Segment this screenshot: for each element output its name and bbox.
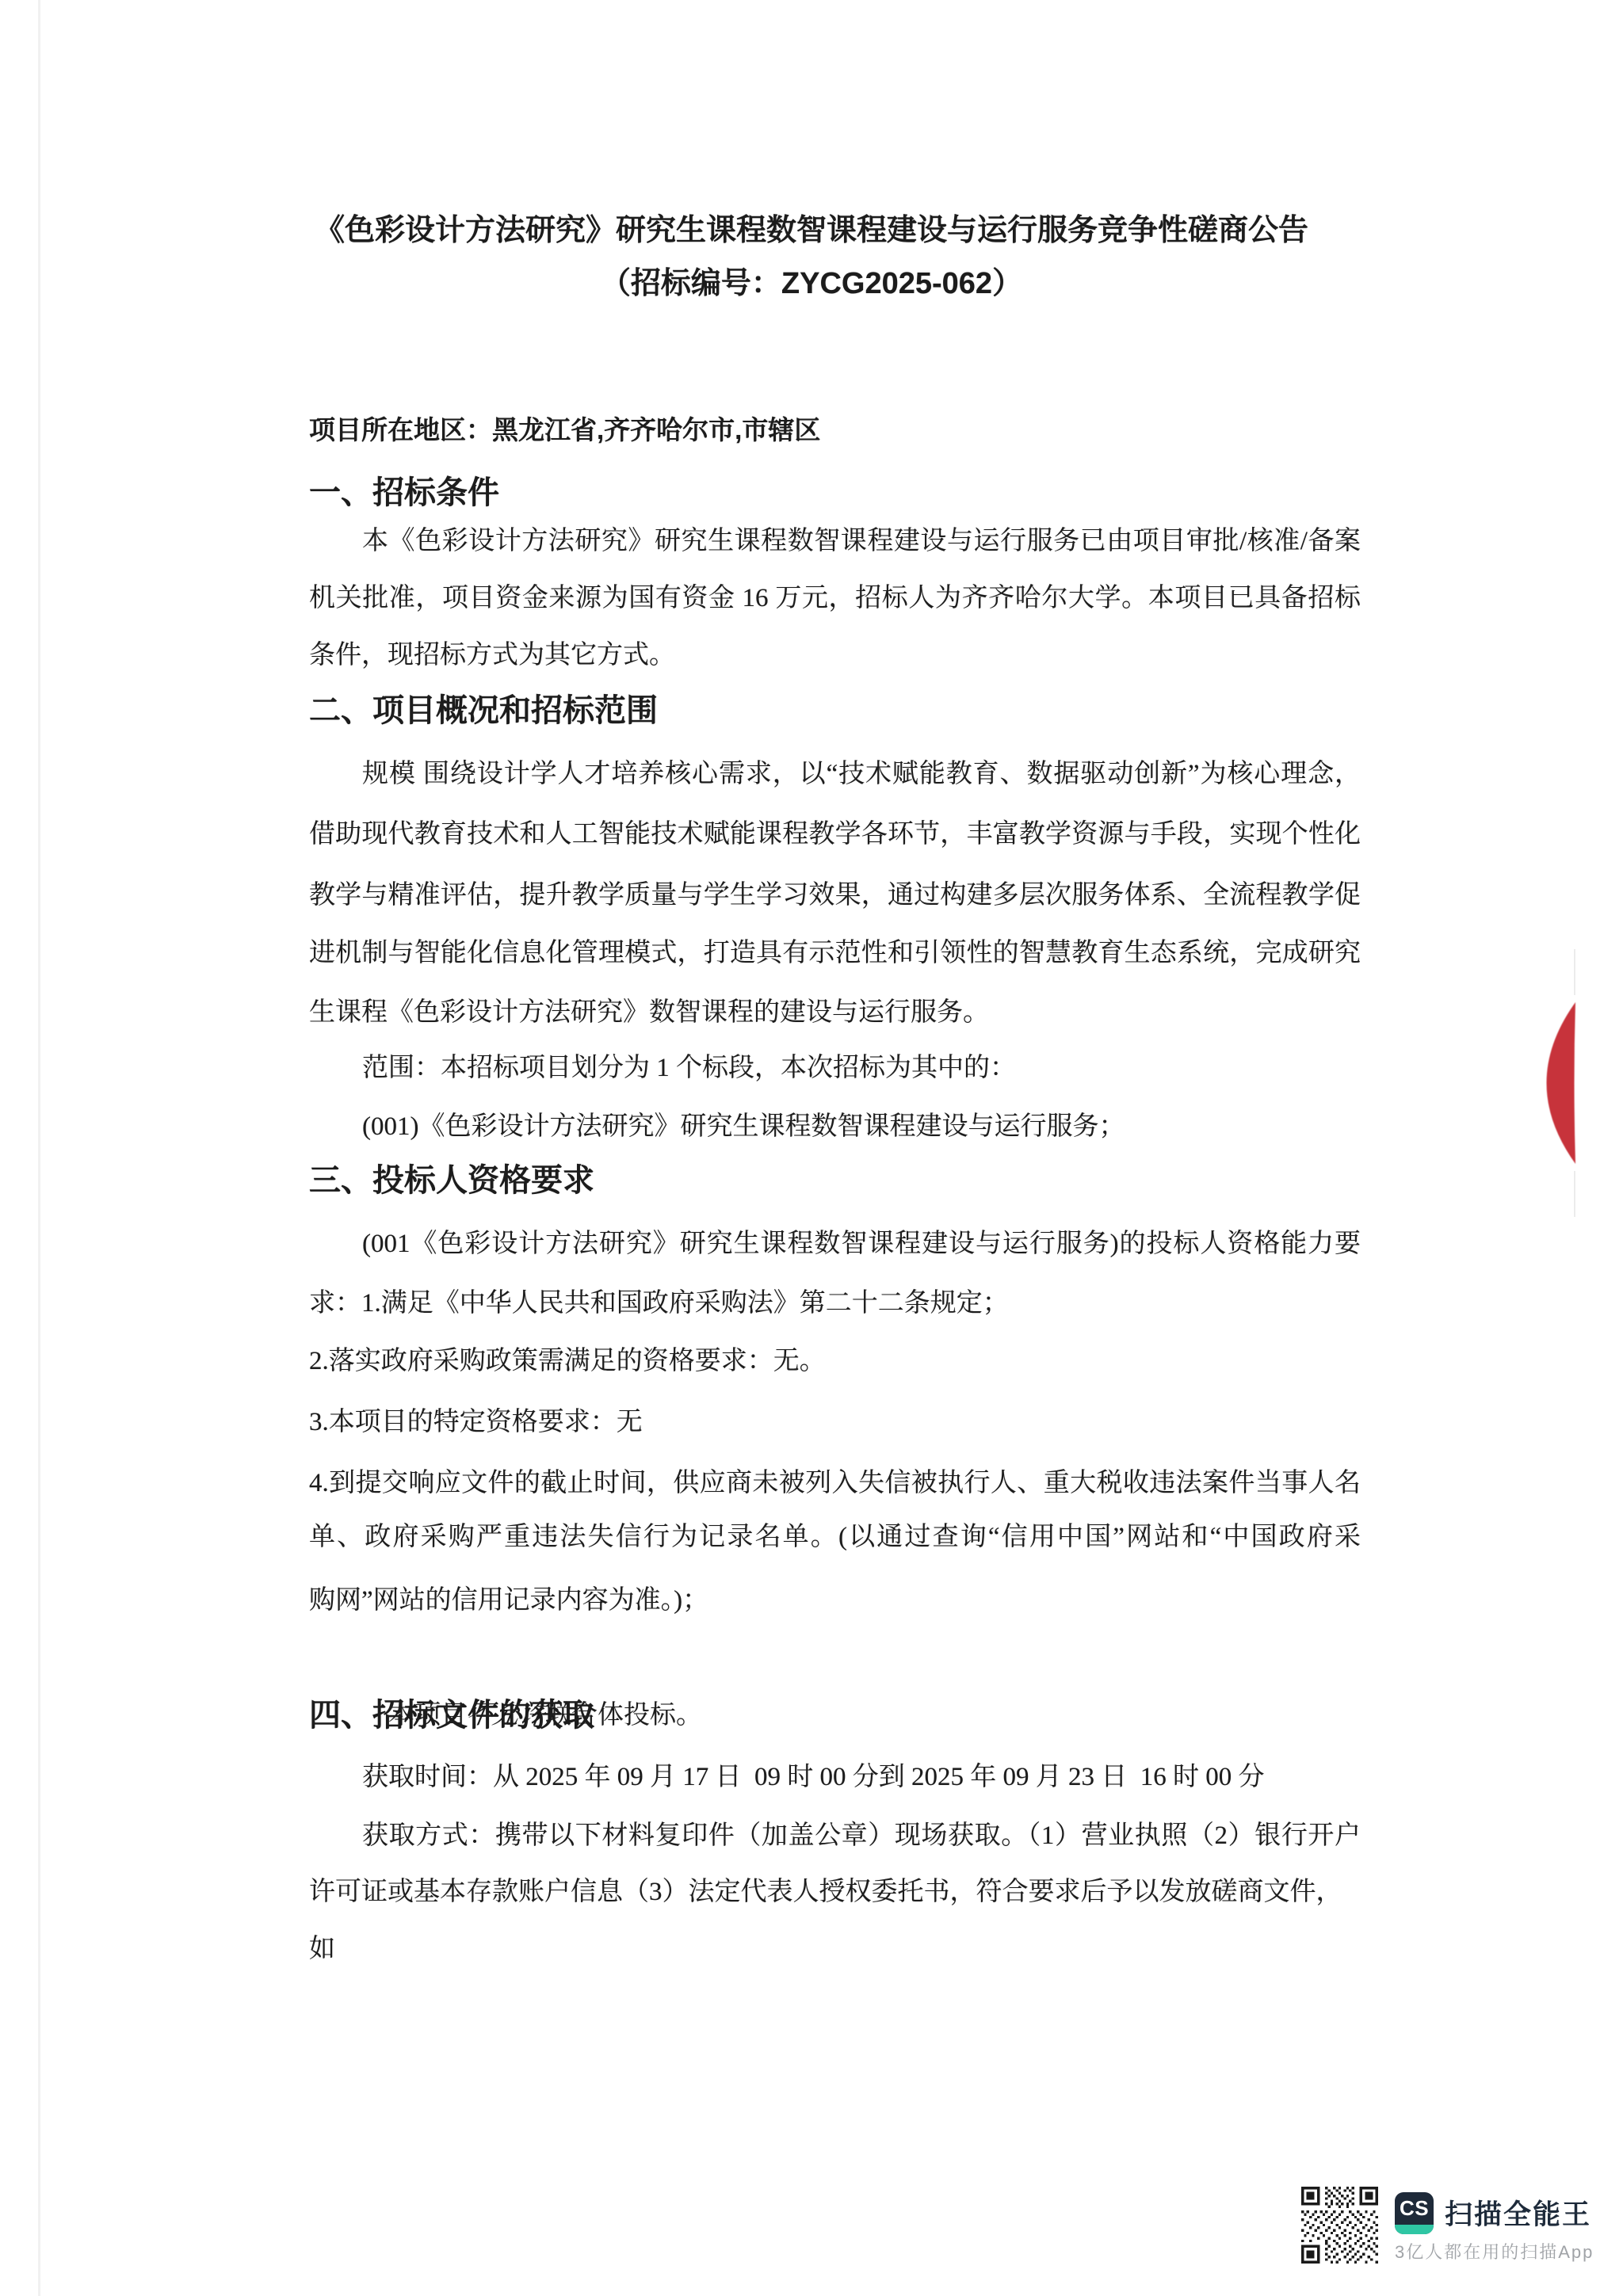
project-overview-line-3: 教学与精准评估，提升教学质量与学生学习效果，通过构建多层次服务体系、全流程教学促 <box>309 867 1361 924</box>
doc-title: 《色彩设计方法研究》研究生课程数智课程建设与运行服务竞争性磋商公告 <box>0 202 1623 259</box>
bid-conditions-line-1: 本《色彩设计方法研究》研究生课程数智课程建设与运行服务已由项目审批/核准/备案 <box>362 513 1361 570</box>
project-overview-line-4: 进机制与智能化信息化管理模式，打造具有示范性和引领性的智慧教育生态系统，完成研究 <box>309 925 1361 982</box>
bid-conditions-line-3: 条件，现招标方式为其它方式。 <box>309 627 1361 684</box>
scanned-document-page: 《色彩设计方法研究》研究生课程数智课程建设与运行服务竞争性磋商公告 （招标编号：… <box>0 0 1623 2296</box>
qualification-line-5: 4.到提交响应文件的截止时间，供应商未被列入失信被执行人、重大税收违法案件当事人… <box>309 1455 1361 1512</box>
seal-edge-artifact-bottom <box>1574 1171 1575 1217</box>
lot-001-line: (001)《色彩设计方法研究》研究生课程数智课程建设与运行服务； <box>362 1098 1361 1155</box>
project-overview-line-2: 借助现代教育技术和人工智能技术赋能课程教学各环节，丰富教学资源与手段，实现个性化 <box>309 806 1361 863</box>
acquisition-method-line-2: 许可证或基本存款账户信息（3）法定代表人授权委托书，符合要求后予以发放磋商文件，… <box>309 1863 1361 1920</box>
acquisition-method-line-1: 获取方式：携带以下材料复印件（加盖公章）现场获取。（1）营业执照（2）银行开户 <box>362 1807 1361 1864</box>
project-region-line: 项目所在地区：黑龙江省,齐齐哈尔市,市辖区 <box>309 402 1361 459</box>
heading-document-acquisition: 四、招标文件的获取 <box>309 1687 1361 1744</box>
qr-code <box>1301 2187 1378 2264</box>
heading-bidder-qualifications: 三、投标人资格要求 <box>309 1152 1361 1209</box>
camscanner-logo-teal-strip <box>1395 2225 1434 2234</box>
qualification-line-1: (001《色彩设计方法研究》研究生课程数智课程建设与运行服务)的投标人资格能力要 <box>362 1215 1361 1272</box>
seal-edge-artifact-top <box>1574 949 1575 995</box>
qualification-line-6: 单、政府采购严重违法失信行为记录名单。(以通过查询“信用中国”网站和“中国政府采 <box>309 1508 1361 1566</box>
acquisition-time-line: 获取时间：从 2025 年 09 月 17 日 09 时 00 分到 2025 … <box>362 1749 1361 1806</box>
scanner-app-name: 扫描全能王 <box>1445 2198 1591 2233</box>
qualification-line-7: 购网”网站的信用记录内容为准。)； <box>309 1572 1361 1629</box>
scope-line: 范围：本招标项目划分为 1 个标段，本次招标为其中的： <box>362 1039 1361 1097</box>
project-overview-line-1: 规模 围绕设计学人才培养核心需求，以“技术赋能教育、数据驱动创新”为核心理念， <box>362 746 1361 803</box>
qualification-line-3: 2.落实政府采购政策需满足的资格要求：无。 <box>309 1333 1361 1390</box>
camscanner-logo: CS <box>1395 2192 1434 2234</box>
qualification-line-2: 求：1.满足《中华人民共和国政府采购法》第二十二条规定； <box>309 1275 1361 1332</box>
project-overview-line-5: 生课程《色彩设计方法研究》数智课程的建设与运行服务。 <box>309 984 1361 1041</box>
bid-conditions-line-2: 机关批准，项目资金来源为国有资金 16 万元，招标人为齐齐哈尔大学。本项目已具备… <box>309 570 1361 627</box>
official-seal-arc <box>1541 1000 1578 1166</box>
camscanner-logo-text: CS <box>1400 2192 1429 2225</box>
scan-edge-line <box>38 0 40 2296</box>
heading-project-overview: 二、项目概况和招标范围 <box>309 682 1361 739</box>
tender-number: （招标编号：ZYCG2025-062） <box>0 255 1623 312</box>
scanner-app-tagline: 3亿人都在用的扫描App <box>1395 2241 1594 2264</box>
qualification-line-4: 3.本项目的特定资格要求：无 <box>309 1394 1361 1451</box>
no-joint-bid-line: 本项目不允许联合体投标。 <box>362 1630 1361 1687</box>
